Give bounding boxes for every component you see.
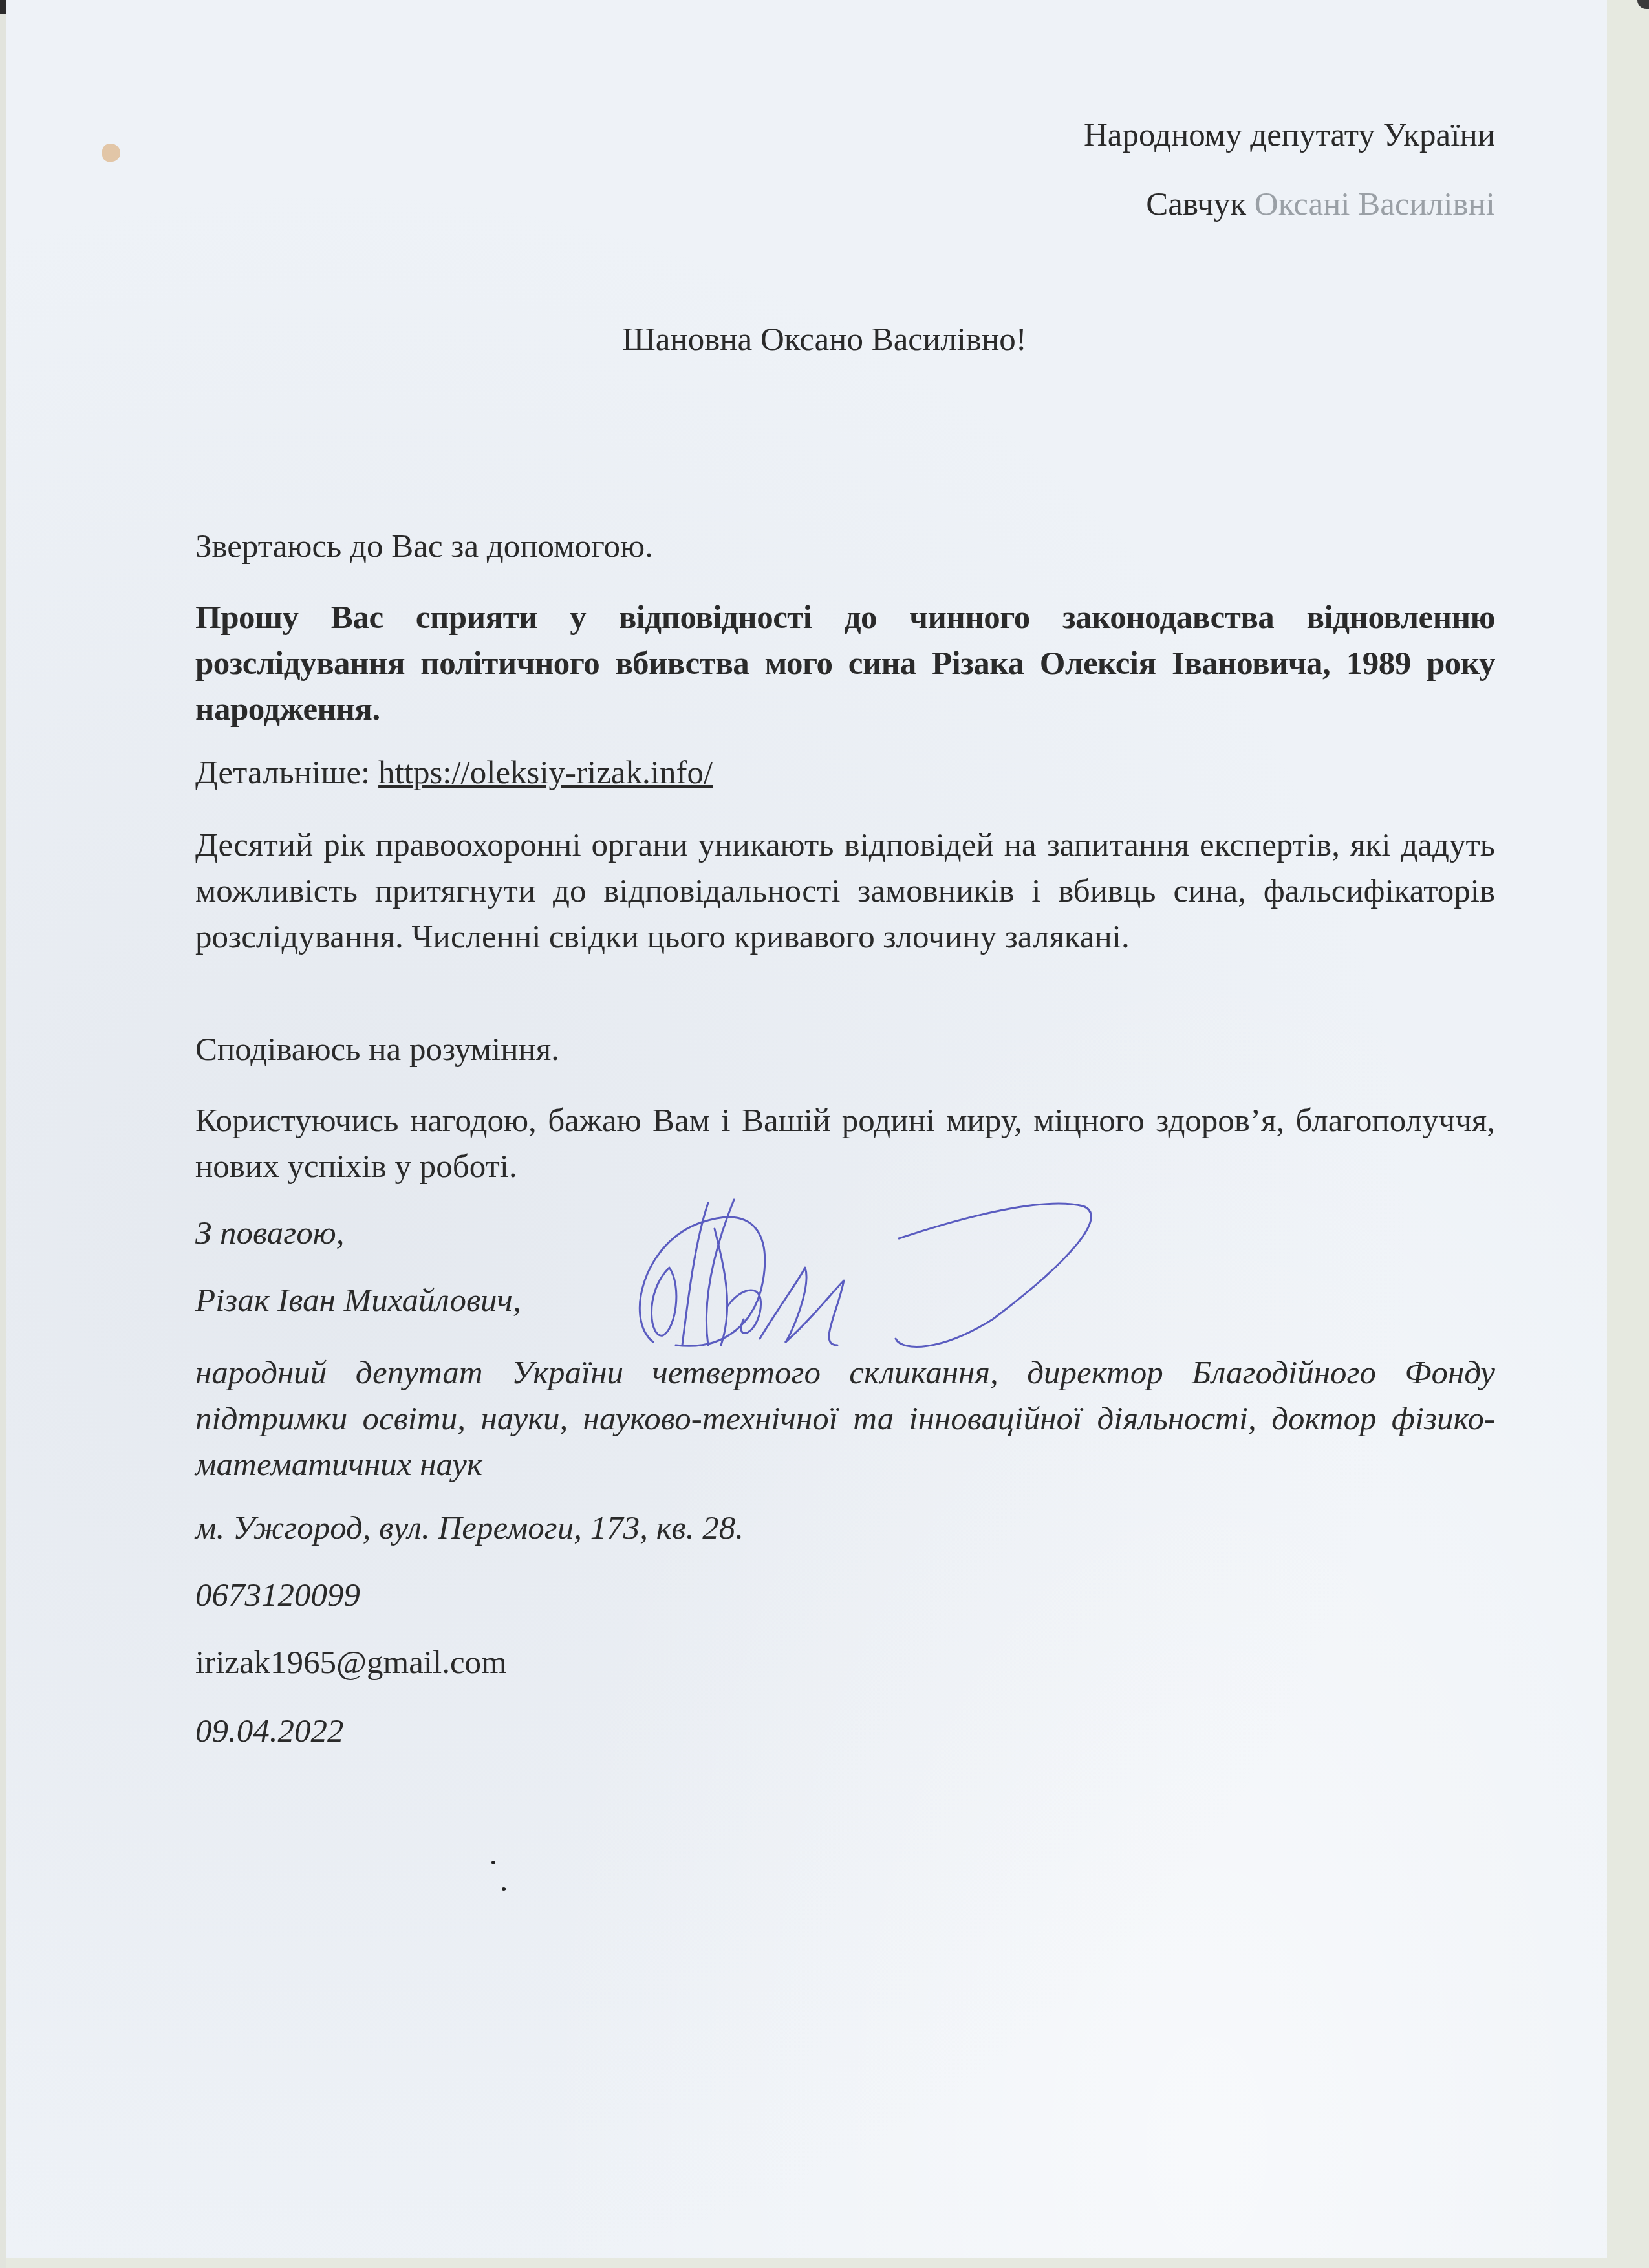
scan-corner-top-left: [0, 0, 6, 14]
closing-regards: З повагою,: [195, 1215, 344, 1252]
sender-email: irizak1965@gmail.com: [195, 1644, 507, 1681]
details-label: Детальніше:: [195, 755, 378, 791]
paragraph-hope: Сподіваюсь на розуміння.: [195, 1031, 559, 1068]
paper-stain: [102, 144, 120, 162]
letter-date: 09.04.2022: [195, 1712, 344, 1750]
sender-title: народний депутат України четвертого скли…: [195, 1350, 1495, 1488]
addressee-line-1: Народному депутату України: [1084, 116, 1495, 154]
handwritten-signature: [630, 1190, 1148, 1358]
scan-speck: [491, 1861, 495, 1864]
scan-speck: [502, 1887, 506, 1891]
paragraph-wishes: Користуючись нагодою, бажаю Вам і Вашій …: [195, 1098, 1495, 1190]
paragraph-investigation: Десятий рік правоохоронні органи уникают…: [195, 823, 1495, 960]
addressee-given-names: Оксані Василівні: [1255, 186, 1495, 222]
sender-address: м. Ужгород, вул. Перемоги, 173, кв. 28.: [195, 1509, 744, 1547]
paragraph-request-intro: Звертаюсь до Вас за допомогою.: [195, 528, 653, 565]
paragraph-details: Детальніше: https://oleksiy-rizak.info/: [195, 754, 713, 792]
addressee-line-2: Савчук Оксані Василівні: [1146, 186, 1495, 223]
paragraph-main-request: Прошу Вас сприяти у відповідності до чин…: [195, 595, 1495, 733]
sender-phone: 0673120099: [195, 1577, 360, 1614]
sender-name: Різак Іван Михайлович,: [195, 1282, 521, 1319]
addressee-surname: Савчук: [1146, 186, 1254, 222]
salutation: Шановна Оксано Василівно!: [0, 321, 1649, 358]
details-link[interactable]: https://oleksiy-rizak.info/: [378, 755, 713, 791]
